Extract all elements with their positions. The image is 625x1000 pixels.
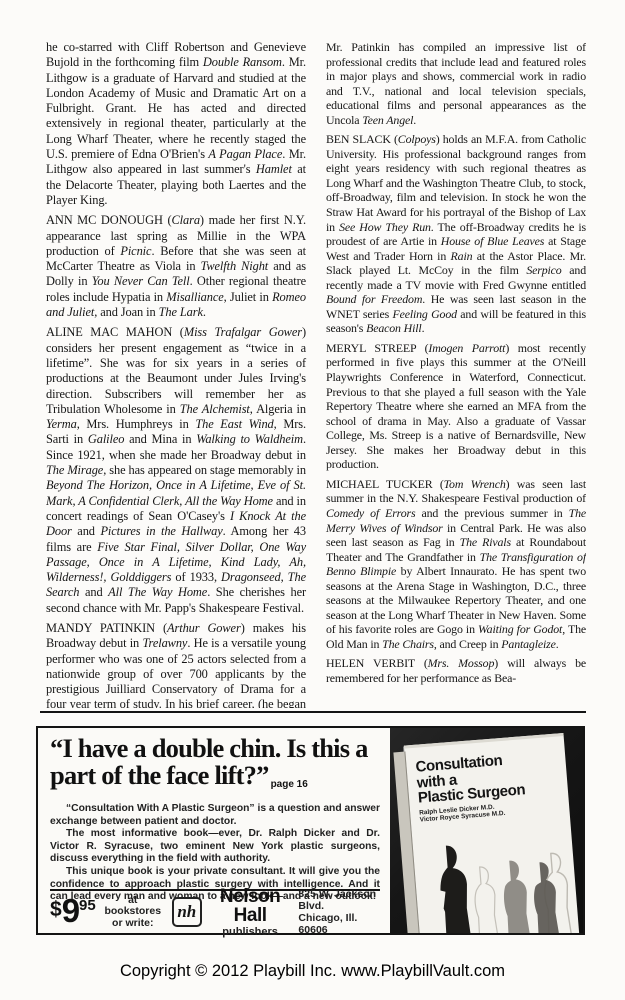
ad-page-reference: page 16 [271, 779, 308, 790]
book-photo-area: Consultation with a Plastic Surgeon Ralp… [390, 728, 583, 933]
price-dollars: 9 [62, 892, 79, 929]
bio-paragraph: ANN MC DONOUGH (Clara) made her first N.… [46, 213, 306, 320]
bio-column-right: Mr. Patinkin has compiled an impressive … [326, 40, 586, 708]
ad-body-paragraph: The most informative book—ever, Dr. Ralp… [50, 828, 380, 866]
book-title: Consultation with a Plastic Surgeon [415, 748, 564, 806]
publisher-block: Nelson Hall publishers [209, 887, 292, 938]
publisher-address: 325 W. Jackson Blvd. Chicago, Ill. 60606 [298, 888, 388, 936]
ad-body-paragraph: “Consultation With A Plastic Surgeon” is… [50, 803, 380, 828]
ad-price-row: $995 at bookstores or write: nh Nelson H… [50, 895, 388, 929]
playbill-scanned-page: he co-starred with Cliff Robertson and G… [0, 0, 625, 1000]
publisher-name: Nelson Hall [209, 887, 292, 925]
figure-silhouettes-graphic [412, 834, 580, 933]
bio-paragraph: BEN SLACK (Colpoys) holds an M.F.A. from… [326, 132, 586, 336]
bio-paragraph: MICHAEL TUCKER (Tom Wrench) was seen las… [326, 477, 586, 652]
bio-paragraph: MERYL STREEP (Imogen Parrott) most recen… [326, 341, 586, 472]
bio-text-columns: he co-starred with Cliff Robertson and G… [46, 40, 586, 708]
ad-headline-text: “I have a double chin. Is this a part of… [50, 733, 368, 790]
bio-paragraph: Mr. Patinkin has compiled an impressive … [326, 40, 586, 127]
plastic-surgeon-book-ad: “I have a double chin. Is this a part of… [36, 726, 585, 935]
bio-column-left: he co-starred with Cliff Robertson and G… [46, 40, 306, 708]
price-note: at bookstores or write: [104, 895, 162, 930]
bio-paragraph: he co-starred with Cliff Robertson and G… [46, 40, 306, 208]
nelson-hall-monogram-logo: nh [172, 897, 202, 927]
book-cover: Consultation with a Plastic Surgeon Ralp… [404, 733, 580, 933]
bio-paragraph: MANDY PATINKIN (Arthur Gower) makes his … [46, 621, 306, 708]
price-dollar-sign: $ [50, 898, 62, 921]
copyright-footer: Copyright © 2012 Playbill Inc. www.Playb… [0, 962, 625, 981]
price-cents: 95 [79, 897, 96, 914]
bio-paragraph: HELEN VERBIT (Mrs. Mossop) will always b… [326, 656, 586, 685]
publisher-subtitle: publishers [209, 927, 292, 938]
ad-headline: “I have a double chin. Is this a part of… [50, 735, 384, 795]
ad-text-area: “I have a double chin. Is this a part of… [38, 728, 390, 933]
price-label: $995 [50, 891, 96, 933]
horizontal-rule [40, 711, 586, 713]
bio-paragraph: ALINE MAC MAHON (Miss Trafalgar Gower) c… [46, 325, 306, 616]
